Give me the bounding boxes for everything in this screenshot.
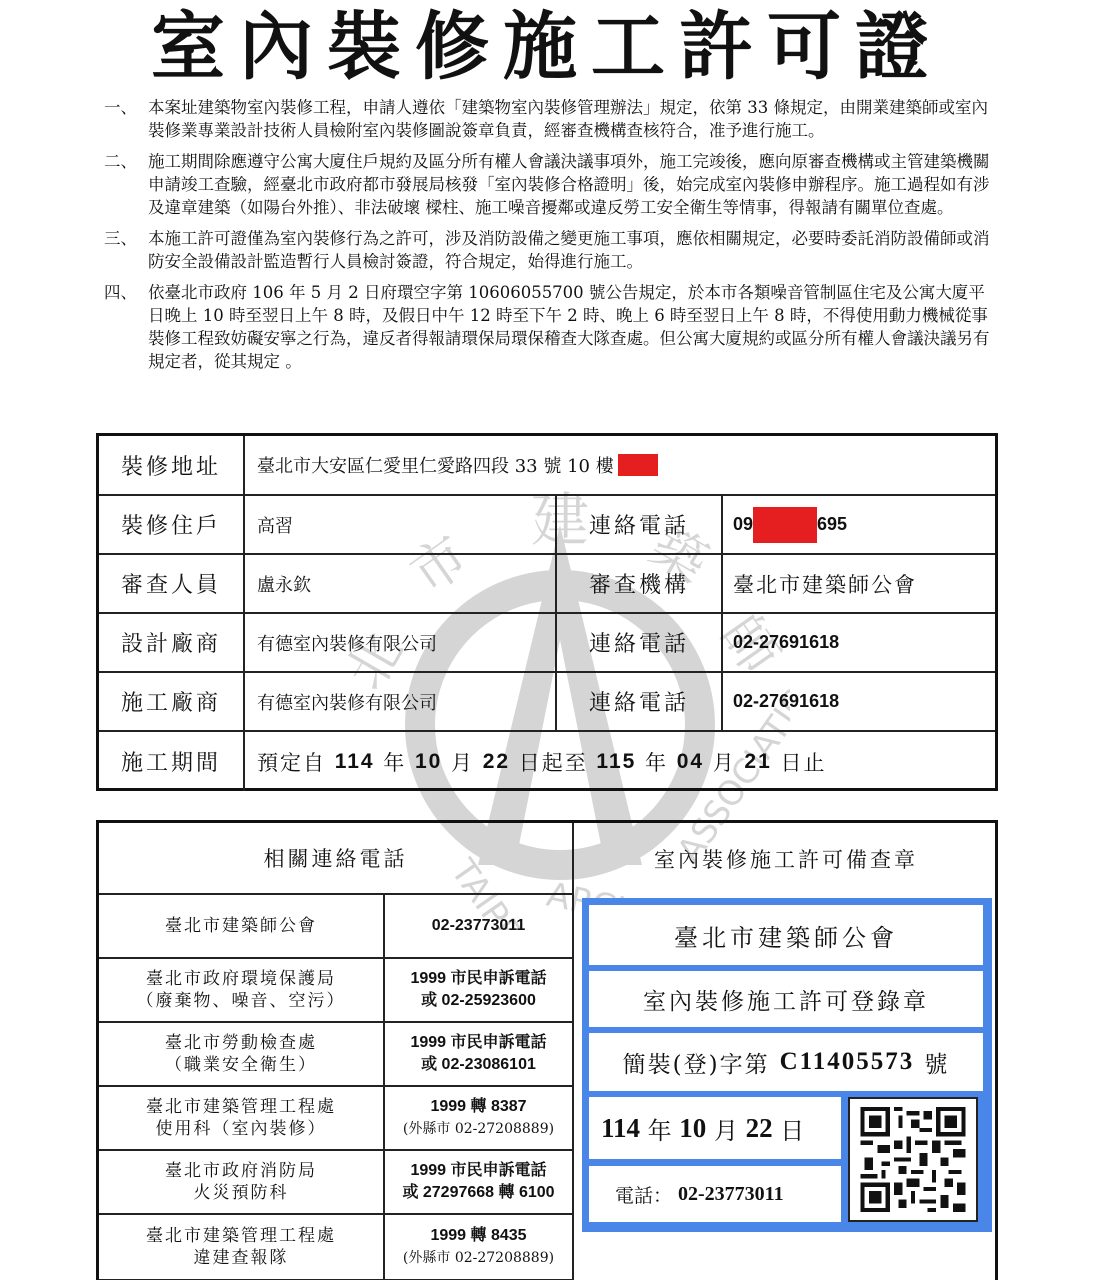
contact-name-line: 火災預防科: [194, 1182, 289, 1204]
qr-code-graphic-icon: [858, 1107, 968, 1212]
contact-name-line: 臺北市勞動檢查處: [165, 1032, 317, 1054]
end-year: 115: [596, 750, 636, 774]
contact-phone-line: 或 02-25923600: [421, 990, 536, 1012]
designer-label: 設計廠商: [99, 614, 245, 671]
period-value: 預定自 114 年 10 月 22 日起至 115 年 04 月 21 日止: [245, 732, 995, 791]
contact-name-line: 臺北市建築管理工程處: [146, 1096, 336, 1118]
page-title: 室內裝修施工許可證: [0, 6, 1094, 88]
phone-suffix: 695: [817, 514, 847, 535]
contact-name-line: 違建查報隊: [194, 1247, 289, 1269]
resident-row: 裝修住戶 高習 連絡電話 09 695: [99, 496, 995, 555]
contact-phone: 1999 市民申訴電話或 02-25923600: [385, 959, 572, 1021]
contact-row: 臺北市勞動檢查處（職業安全衛生） 1999 市民申訴電話或 02-2308610…: [99, 1023, 572, 1087]
contact-name: 臺北市建築管理工程處使用科（室內裝修）: [99, 1087, 385, 1149]
stamp-header: 室內裝修施工許可備查章: [574, 823, 998, 895]
contact-phone-line: 1999 市民申訴電話: [410, 1160, 546, 1182]
year-unit: 年: [383, 747, 406, 777]
date-month: 10: [679, 1113, 706, 1144]
address-row: 裝修地址 臺北市大安區仁愛里仁愛路四段 33 號 10 樓: [99, 436, 995, 496]
year-unit: 年: [648, 1111, 672, 1146]
contact-phone-line: 1999 轉 8387: [430, 1096, 526, 1118]
agency-label: 審查機構: [557, 555, 723, 612]
contact-phone: 1999 轉 8435(外縣市 02-27208889): [385, 1215, 572, 1279]
note-text: 本案址建築物室內裝修工程，申請人遵依「建築物室內裝修管理辦法」規定，依第 33 …: [148, 96, 994, 142]
contact-phone: 1999 轉 8387(外縣市 02-27208889): [385, 1087, 572, 1149]
designer-row: 設計廠商 有德室內裝修有限公司 連絡電話 02-27691618: [99, 614, 995, 673]
period-suffix: 日止: [780, 747, 826, 777]
contact-phone: 1999 市民申訴電話或 27297668 轉 6100: [385, 1151, 572, 1213]
redaction-block: [753, 507, 817, 543]
start-day: 22: [483, 750, 510, 774]
contact-phone-line: (外縣市 02-27208889): [403, 1118, 554, 1140]
contact-name-line: 臺北市建築管理工程處: [146, 1225, 336, 1247]
contractor-label: 施工廠商: [99, 673, 245, 730]
stamp-number: 簡裝(登)字第 C11405573 號: [589, 1033, 983, 1091]
contact-name: 臺北市勞動檢查處（職業安全衛生）: [99, 1023, 385, 1085]
contact-name: 臺北市建築管理工程處違建查報隊: [99, 1215, 385, 1279]
note-text: 本施工許可證僅為室內裝修行為之許可，涉及消防設備之變更施工事項，應依相關規定，必…: [148, 227, 994, 273]
note-text: 施工期間除應遵守公寓大廈住戶規約及區分所有權人會議決議事項外，施工完竣後，應向原…: [148, 150, 994, 219]
stamp-title: 室內裝修施工許可登錄章: [589, 971, 983, 1027]
contractor-row: 施工廠商 有德室內裝修有限公司 連絡電話 02-27691618: [99, 673, 995, 732]
contact-name: 臺北市政府環境保護局（廢棄物、噪音、空污）: [99, 959, 385, 1021]
start-month: 10: [415, 750, 442, 774]
agency-value: 臺北市建築師公會: [723, 555, 995, 612]
stamp-org: 臺北市建築師公會: [589, 905, 983, 965]
contact-name: 臺北市政府消防局火災預防科: [99, 1151, 385, 1213]
designer-phone-label: 連絡電話: [557, 614, 723, 671]
redaction-block: [618, 454, 658, 476]
reviewer-row: 審查人員 盧永欽 審查機構 臺北市建築師公會: [99, 555, 995, 614]
address-value: 臺北市大安區仁愛里仁愛路四段 33 號 10 樓: [245, 436, 995, 494]
contact-row: 臺北市建築師公會 02-23773011: [99, 895, 572, 959]
contact-name-line: 臺北市建築師公會: [165, 915, 317, 937]
contact-row: 臺北市建築管理工程處違建查報隊 1999 轉 8435(外縣市 02-27208…: [99, 1215, 572, 1280]
date-day: 22: [746, 1113, 773, 1144]
qr-code-icon: [848, 1097, 978, 1222]
permit-number: C11405573: [780, 1048, 915, 1076]
contact-row: 臺北市政府消防局火災預防科 1999 市民申訴電話或 27297668 轉 61…: [99, 1151, 572, 1215]
contacts-list: 臺北市建築師公會 02-23773011 臺北市政府環境保護局（廢棄物、噪音、空…: [99, 895, 574, 1280]
contractor-phone-label: 連絡電話: [557, 673, 723, 730]
note-number: 一、: [104, 96, 148, 142]
phone-value: 02-23773011: [678, 1183, 784, 1206]
number-prefix: 簡裝(登)字第: [623, 1046, 770, 1079]
month-unit: 月: [714, 1111, 738, 1146]
start-year: 114: [335, 750, 375, 774]
contact-phone: 1999 市民申訴電話或 02-23086101: [385, 1023, 572, 1085]
end-month: 04: [677, 750, 704, 774]
contractor-value: 有德室內裝修有限公司: [245, 673, 557, 730]
reviewer-label: 審查人員: [99, 555, 245, 612]
stamp-phone: 電話：02-23773011: [589, 1166, 841, 1222]
contact-phone-line: 或 02-23086101: [421, 1054, 536, 1076]
year-unit: 年: [645, 747, 668, 777]
note-number: 四、: [104, 281, 148, 373]
designer-phone-value: 02-27691618: [723, 614, 995, 671]
resident-phone-value: 09 695: [723, 496, 995, 553]
contact-row: 臺北市建築管理工程處使用科（室內裝修） 1999 轉 8387(外縣市 02-2…: [99, 1087, 572, 1151]
note-number: 二、: [104, 150, 148, 219]
contact-phone-line: 1999 市民申訴電話: [410, 968, 546, 990]
registration-stamp: 臺北市建築師公會 室內裝修施工許可登錄章 簡裝(登)字第 C11405573 號…: [582, 898, 992, 1232]
contact-name-line: 臺北市政府環境保護局: [146, 968, 336, 990]
contact-name-line: 臺北市政府消防局: [165, 1160, 317, 1182]
permit-info-table: 裝修地址 臺北市大安區仁愛里仁愛路四段 33 號 10 樓 裝修住戶 高習 連絡…: [96, 433, 998, 791]
contact-row: 臺北市政府環境保護局（廢棄物、噪音、空污） 1999 市民申訴電話或 02-25…: [99, 959, 572, 1023]
note-item: 三、 本施工許可證僅為室內裝修行為之許可，涉及消防設備之變更施工事項，應依相關規…: [104, 227, 994, 273]
contacts-header: 相關連絡電話: [99, 823, 574, 895]
permit-notes: 一、 本案址建築物室內裝修工程，申請人遵依「建築物室內裝修管理辦法」規定，依第 …: [104, 96, 994, 381]
period-label: 施工期間: [99, 732, 245, 791]
contact-phone-line: 02-23773011: [432, 915, 525, 937]
contact-phone-line: 或 27297668 轉 6100: [402, 1182, 554, 1204]
reviewer-value: 盧永欽: [245, 555, 557, 612]
designer-value: 有德室內裝修有限公司: [245, 614, 557, 671]
contact-phone: 02-23773011: [385, 895, 572, 957]
day-unit: 日: [780, 1111, 804, 1146]
phone-prefix: 09: [733, 514, 753, 535]
contact-phone-line: 1999 市民申訴電話: [410, 1032, 546, 1054]
contact-name-line: 使用科（室內裝修）: [156, 1118, 327, 1140]
contact-name: 臺北市建築師公會: [99, 895, 385, 957]
stamp-date: 114 年 10 月 22 日: [589, 1097, 841, 1159]
contact-name-line: （廢棄物、噪音、空污）: [137, 990, 346, 1012]
address-label: 裝修地址: [99, 436, 245, 494]
contacts-and-stamp-table: 相關連絡電話 室內裝修施工許可備查章 臺北市建築師公會 02-23773011 …: [96, 820, 998, 1280]
resident-value: 高習: [245, 496, 557, 553]
note-item: 一、 本案址建築物室內裝修工程，申請人遵依「建築物室內裝修管理辦法」規定，依第 …: [104, 96, 994, 142]
contact-name-line: （職業安全衛生）: [165, 1054, 317, 1076]
address-text: 臺北市大安區仁愛里仁愛路四段 33 號 10 樓: [257, 452, 614, 478]
end-day: 21: [744, 750, 771, 774]
period-mid: 日起至: [519, 747, 588, 777]
month-unit: 月: [713, 747, 736, 777]
contact-phone-line: (外縣市 02-27208889): [403, 1247, 554, 1269]
contact-phone-line: 1999 轉 8435: [430, 1225, 526, 1247]
note-item: 四、 依臺北市政府 106 年 5 月 2 日府環空字第 10606055700…: [104, 281, 994, 373]
resident-phone-label: 連絡電話: [557, 496, 723, 553]
phone-label: 電話：: [615, 1181, 672, 1208]
resident-label: 裝修住戶: [99, 496, 245, 553]
period-prefix: 預定自: [257, 747, 326, 777]
month-unit: 月: [451, 747, 474, 777]
period-row: 施工期間 預定自 114 年 10 月 22 日起至 115 年 04 月 21…: [99, 732, 995, 791]
note-item: 二、 施工期間除應遵守公寓大廈住戶規約及區分所有權人會議決議事項外，施工完竣後，…: [104, 150, 994, 219]
date-year: 114: [601, 1113, 640, 1144]
contractor-phone-value: 02-27691618: [723, 673, 995, 730]
note-text: 依臺北市政府 106 年 5 月 2 日府環空字第 10606055700 號公…: [148, 281, 994, 373]
note-number: 三、: [104, 227, 148, 273]
number-suffix: 號: [924, 1046, 949, 1079]
